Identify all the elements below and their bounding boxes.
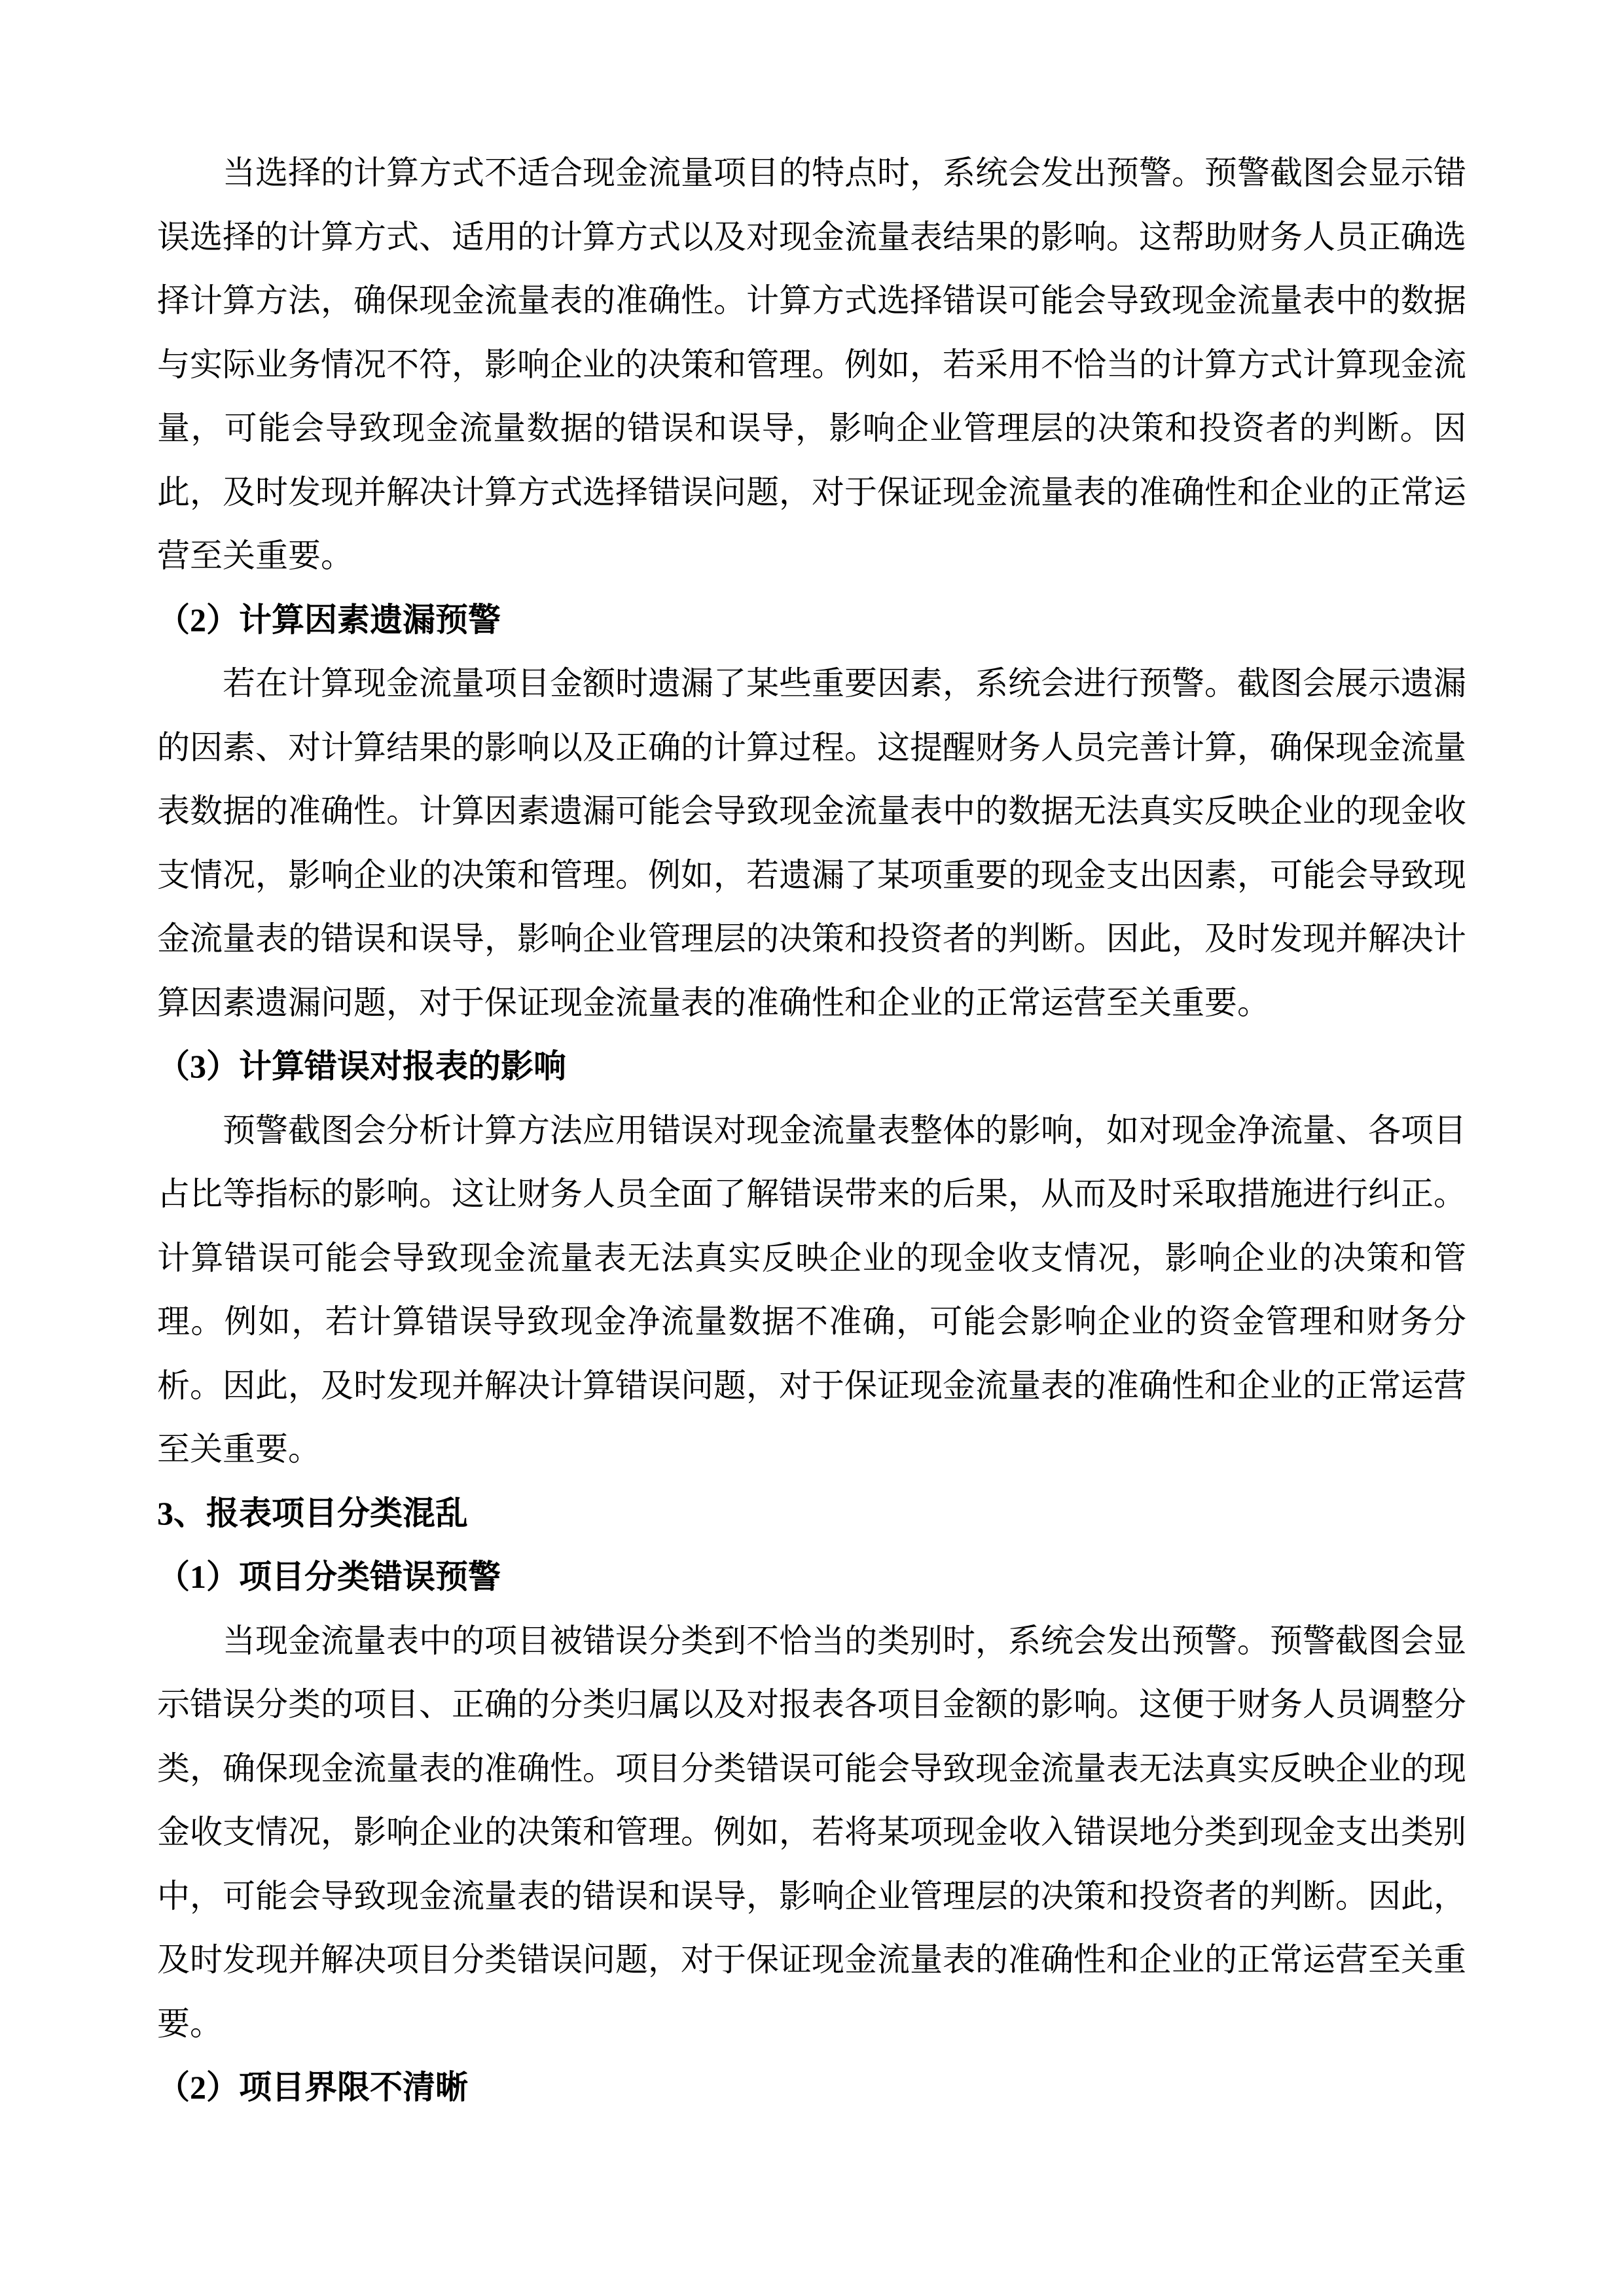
paragraph-3-line: 析。因此，及时发现并解决计算错误问题，对于保证现金流量表的准确性和企业的正常运营 bbox=[157, 1354, 1466, 1418]
paragraph-4-line: 及时发现并解决项目分类错误问题，对于保证现金流量表的准确性和企业的正常运营至关重 bbox=[157, 1928, 1466, 1992]
heading-item-boundary-unclear: （2）项目界限不清晰 bbox=[157, 2056, 1466, 2120]
paragraph-4-line: 金收支情况，影响企业的决策和管理。例如，若将某项现金收入错误地分类到现金支出类别 bbox=[157, 1801, 1466, 1865]
heading-calculation-factor-omission-warning: （2）计算因素遗漏预警 bbox=[157, 588, 1466, 653]
paragraph-2-line: 表数据的准确性。计算因素遗漏可能会导致现金流量表中的数据无法真实反映企业的现金收 bbox=[157, 780, 1466, 844]
paragraph-2-line: 算因素遗漏问题，对于保证现金流量表的准确性和企业的正常运营至关重要。 bbox=[157, 971, 1466, 1035]
paragraph-1-line: 营至关重要。 bbox=[157, 524, 1466, 588]
document-body: 当选择的计算方式不适合现金流量项目的特点时，系统会发出预警。预警截图会显示错 误… bbox=[157, 141, 1466, 2120]
paragraph-1-line: 量，可能会导致现金流量数据的错误和误导，影响企业管理层的决策和投资者的判断。因 bbox=[157, 397, 1466, 461]
paragraph-4-line: 示错误分类的项目、正确的分类归属以及对报表各项目金额的影响。这便于财务人员调整分 bbox=[157, 1673, 1466, 1737]
paragraph-3-line: 预警截图会分析计算方法应用错误对现金流量表整体的影响，如对现金净流量、各项目 bbox=[157, 1099, 1466, 1163]
heading-calculation-error-report-impact: （3）计算错误对报表的影响 bbox=[157, 1035, 1466, 1099]
paragraph-1-line: 择计算方法，确保现金流量表的准确性。计算方式选择错误可能会导致现金流量表中的数据 bbox=[157, 269, 1466, 333]
paragraph-1-line: 此，及时发现并解决计算方式选择错误问题，对于保证现金流量表的准确性和企业的正常运 bbox=[157, 461, 1466, 525]
paragraph-3-line: 计算错误可能会导致现金流量表无法真实反映企业的现金收支情况，影响企业的决策和管 bbox=[157, 1227, 1466, 1291]
paragraph-2-line: 支情况，影响企业的决策和管理。例如，若遗漏了某项重要的现金支出因素，可能会导致现 bbox=[157, 844, 1466, 908]
paragraph-2-line: 金流量表的错误和误导，影响企业管理层的决策和投资者的判断。因此，及时发现并解决计 bbox=[157, 907, 1466, 971]
heading-item-classification-error-warning: （1）项目分类错误预警 bbox=[157, 1545, 1466, 1609]
paragraph-3-line: 至关重要。 bbox=[157, 1418, 1466, 1482]
paragraph-1-line: 误选择的计算方式、适用的计算方式以及对现金流量表结果的影响。这帮助财务人员正确选 bbox=[157, 206, 1466, 270]
paragraph-2-line: 的因素、对计算结果的影响以及正确的计算过程。这提醒财务人员完善计算，确保现金流量 bbox=[157, 716, 1466, 780]
paragraph-1-line: 与实际业务情况不符，影响企业的决策和管理。例如，若采用不恰当的计算方式计算现金流 bbox=[157, 333, 1466, 397]
paragraph-4-line: 要。 bbox=[157, 1992, 1466, 2056]
heading-report-item-classification-confusion: 3、报表项目分类混乱 bbox=[157, 1482, 1466, 1546]
paragraph-2-line: 若在计算现金流量项目金额时遗漏了某些重要因素，系统会进行预警。截图会展示遗漏 bbox=[157, 652, 1466, 716]
document-page: 当选择的计算方式不适合现金流量项目的特点时，系统会发出预警。预警截图会显示错 误… bbox=[0, 0, 1624, 2296]
paragraph-1-line: 当选择的计算方式不适合现金流量项目的特点时，系统会发出预警。预警截图会显示错 bbox=[157, 141, 1466, 206]
paragraph-4-line: 类，确保现金流量表的准确性。项目分类错误可能会导致现金流量表无法真实反映企业的现 bbox=[157, 1737, 1466, 1801]
paragraph-4-line: 中，可能会导致现金流量表的错误和误导，影响企业管理层的决策和投资者的判断。因此， bbox=[157, 1865, 1466, 1929]
paragraph-3-line: 理。例如，若计算错误导致现金净流量数据不准确，可能会影响企业的资金管理和财务分 bbox=[157, 1290, 1466, 1354]
paragraph-4-line: 当现金流量表中的项目被错误分类到不恰当的类别时，系统会发出预警。预警截图会显 bbox=[157, 1609, 1466, 1674]
paragraph-3-line: 占比等指标的影响。这让财务人员全面了解错误带来的后果，从而及时采取措施进行纠正。 bbox=[157, 1162, 1466, 1227]
